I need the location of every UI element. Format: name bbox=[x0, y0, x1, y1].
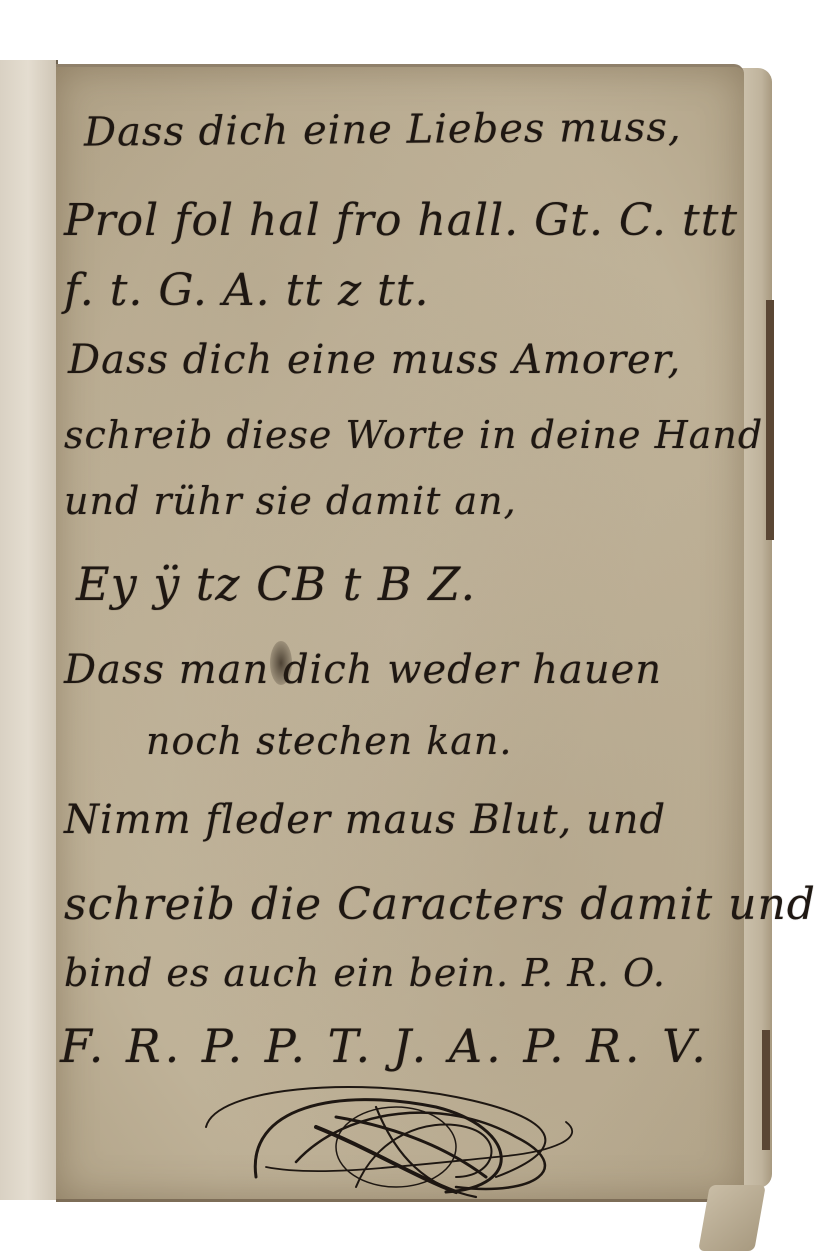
calligraphic-flourish-icon bbox=[196, 1067, 616, 1207]
manuscript-line: Dass dich eine Liebes muss, bbox=[84, 104, 682, 155]
cover-edge-lower bbox=[762, 1030, 770, 1150]
ink-blot bbox=[270, 641, 292, 685]
manuscript-line: Prol fol hal fro hall. Gt. C. ttt bbox=[64, 195, 738, 246]
left-flyleaf bbox=[0, 60, 58, 1200]
manuscript-line: Dass man dich weder hauen bbox=[64, 647, 662, 693]
manuscript-line: bind es auch ein bein. P. R. O. bbox=[64, 951, 666, 995]
manuscript-page: Dass dich eine Liebes muss, Prol fol hal… bbox=[56, 64, 744, 1202]
manuscript-line: Dass dich eine muss Amorer, bbox=[68, 337, 681, 383]
manuscript-line: F. R. P. P. T. J. A. P. R. V. bbox=[60, 1019, 710, 1073]
dog-eared-corner bbox=[698, 1185, 766, 1251]
manuscript-line: schreib die Caracters damit und bbox=[64, 879, 816, 930]
manuscript-line: und rühr sie damit an, bbox=[64, 479, 517, 523]
manuscript-line: schreib diese Worte in deine Hand bbox=[64, 413, 763, 457]
manuscript-line: noch stechen kan. bbox=[146, 719, 512, 763]
manuscript-line: Ey ÿ tz CB t B Z. bbox=[76, 557, 476, 611]
cover-edge bbox=[766, 300, 774, 540]
manuscript-line: f. t. G. A. tt z tt. bbox=[64, 265, 430, 316]
manuscript-line: Nimm fleder maus Blut, und bbox=[64, 797, 666, 843]
